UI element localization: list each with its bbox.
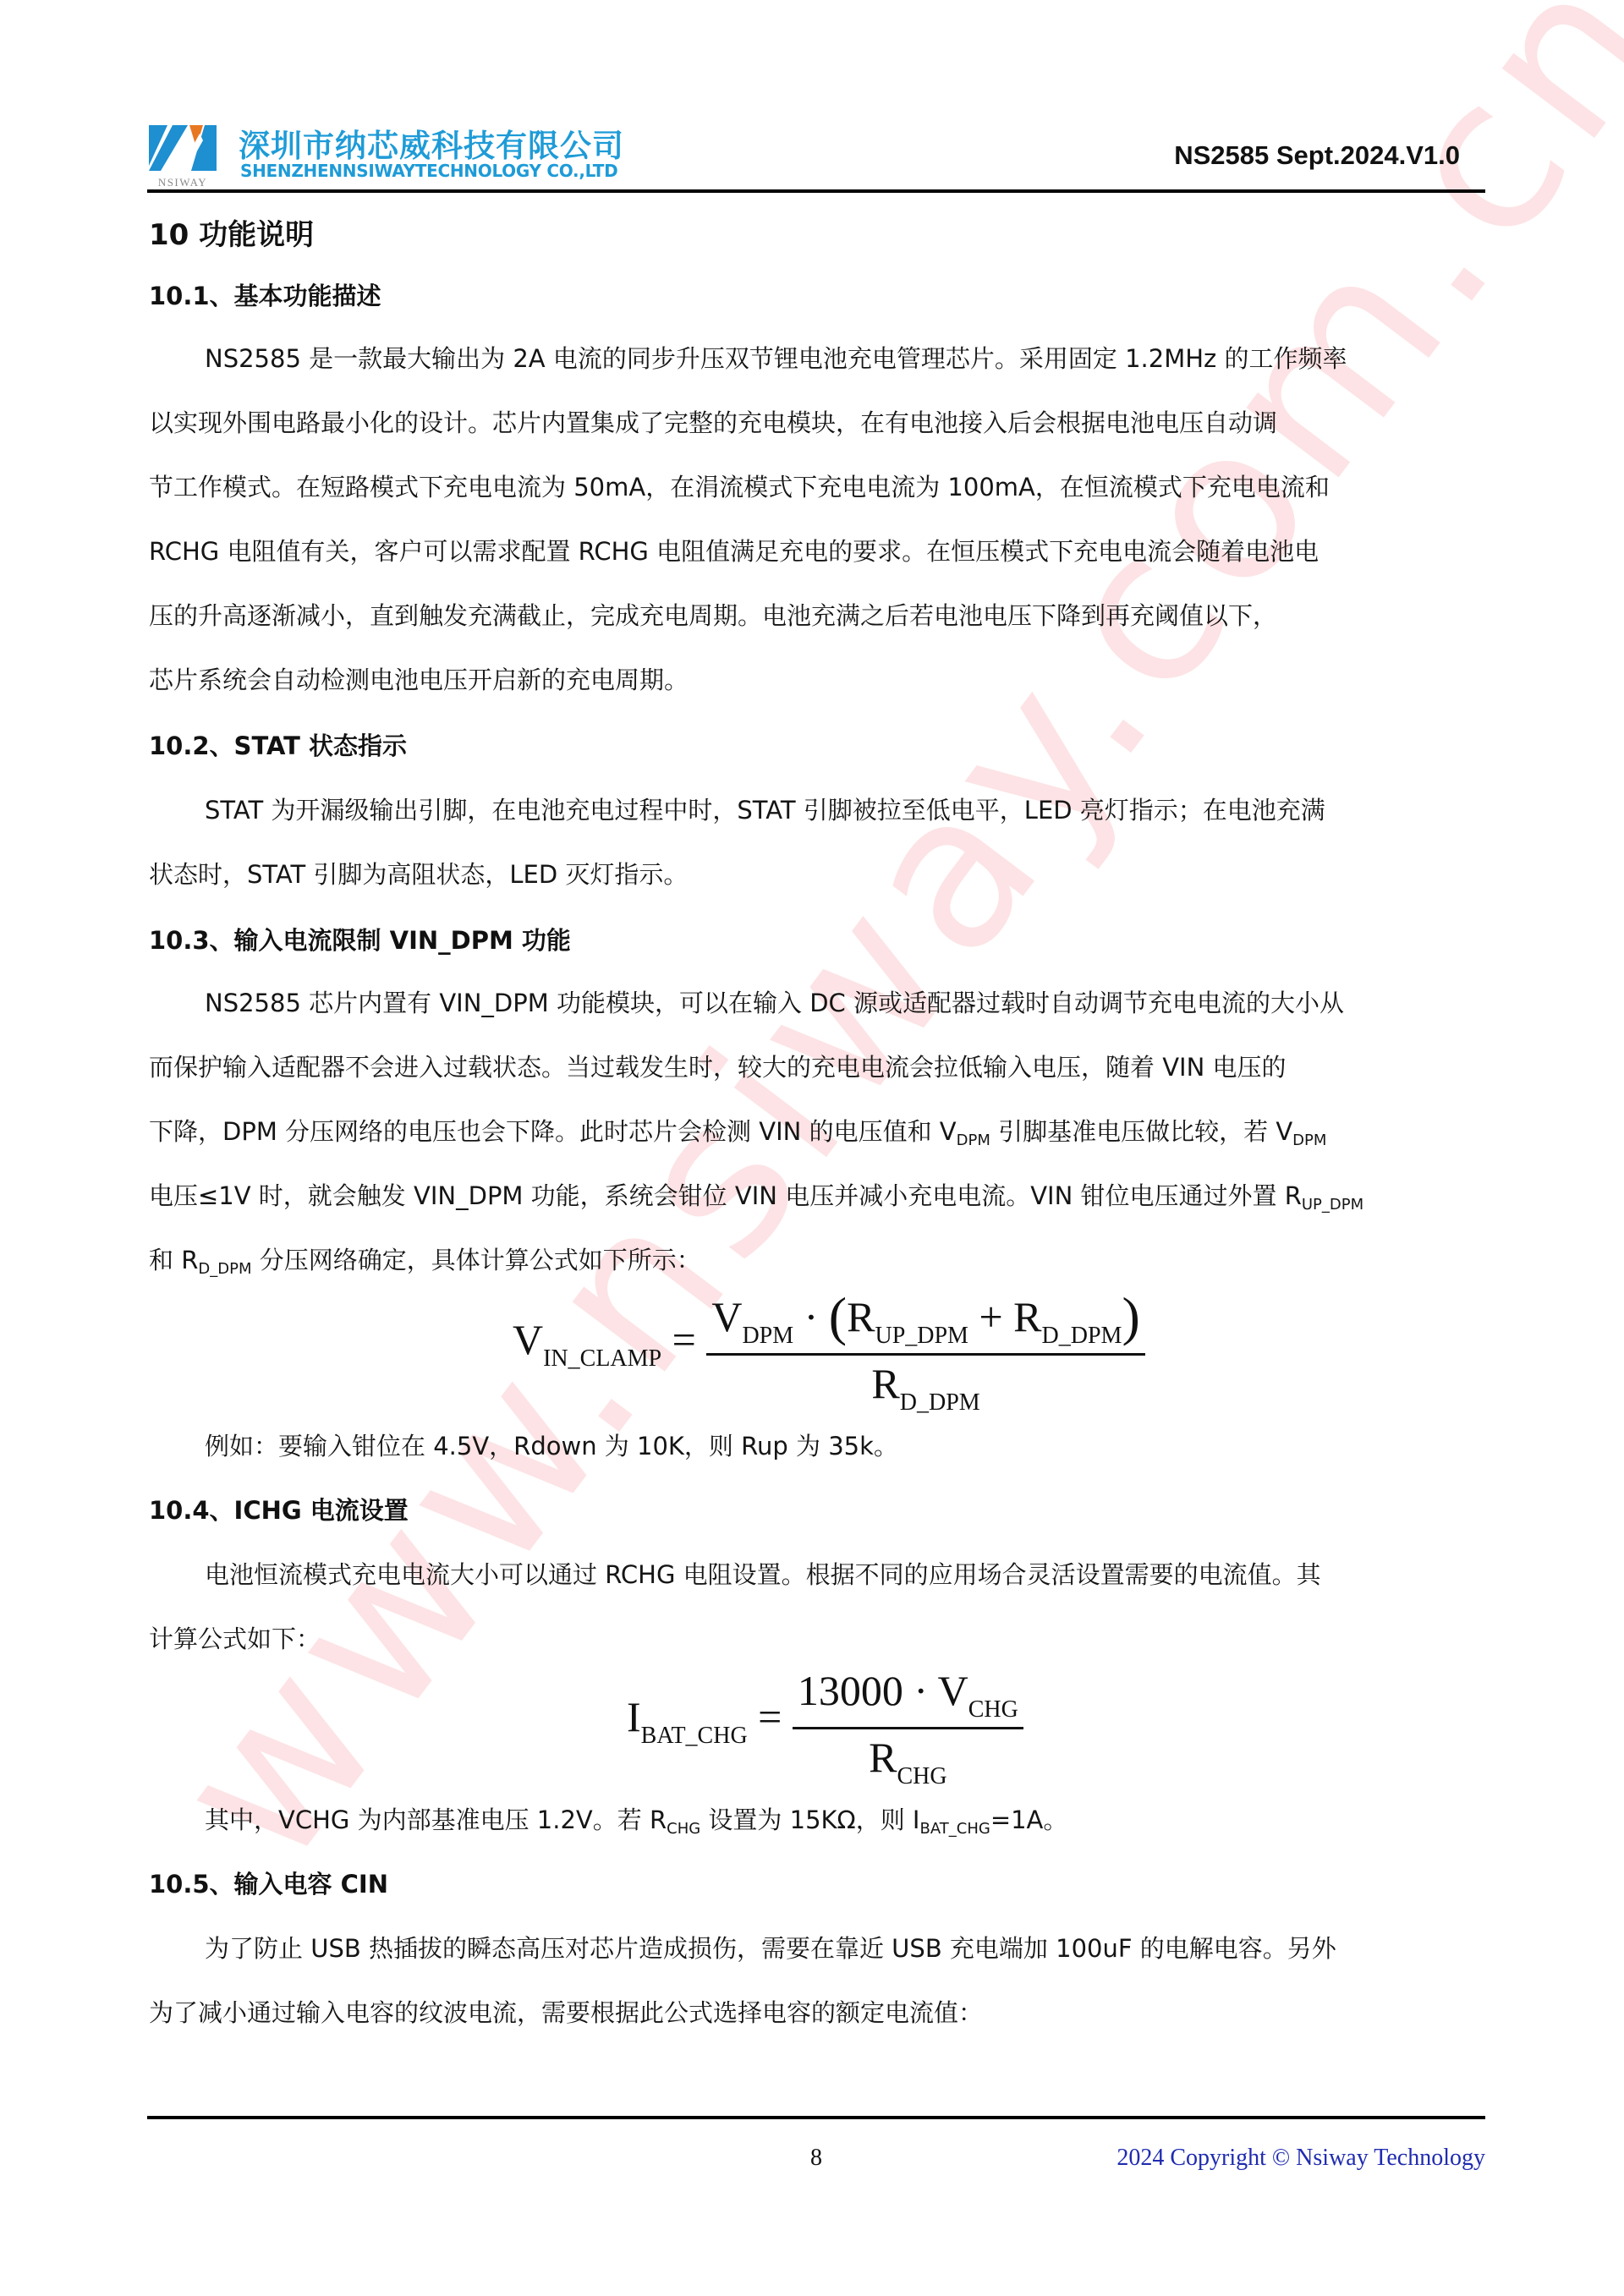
paragraph-line: 压的升高逐渐减小，直到触发充满截止，完成充电周期。电池充满之后若电池电压下降到再… <box>149 597 1277 632</box>
paragraph-line: 为了减小通过输入电容的纹波电流，需要根据此公式选择电容的额定电流值： <box>149 1994 983 2029</box>
paragraph-line: 电压≤1V 时，就会触发 VIN_DPM 功能，系统会钳位 VIN 电压并减小充… <box>149 1177 1363 1214</box>
example-line: 例如：要输入钳位在 4.5V，Rdown 为 10K，则 Rup 为 35k。 <box>205 1427 898 1462</box>
copyright-text: 2024 Copyright © Nsiway Technology <box>1116 2145 1485 2172</box>
subsection-title-10-2: 10.2、STAT 状态指示 <box>149 727 407 762</box>
paragraph-line: 状态时，STAT 引脚为高阻状态，LED 灭灯指示。 <box>149 856 688 890</box>
paragraph-line: 下降，DPM 分压网络的电压也会下降。此时芯片会检测 VIN 的电压值和 VDP… <box>149 1113 1326 1149</box>
datasheet-page: www.nsiway.com.cn NSIWAY 深圳市纳芯威科技有限公司 SH… <box>0 0 1624 2296</box>
formula-vin-clamp: VIN_CLAMP = VDPM · (RUP_DPM + RD_DPM) RD… <box>513 1285 1145 1417</box>
subsection-title-10-5: 10.5、输入电容 CIN <box>149 1866 388 1900</box>
formula-ibat-chg: IBAT_CHG = 13000 · VCHG RCHG <box>627 1666 1023 1790</box>
header-divider <box>147 189 1485 193</box>
paragraph-line: 和 RD_DPM 分压网络确定，具体计算公式如下所示： <box>149 1241 701 1278</box>
company-name-en: SHENZHENNSIWAYTECHNOLOGY CO.,LTD <box>240 161 617 181</box>
nsiway-logo-icon: NSIWAY <box>149 122 217 189</box>
subsection-title-10-4: 10.4、ICHG 电流设置 <box>149 1492 409 1526</box>
subsection-title-10-1: 10.1、基本功能描述 <box>149 277 381 312</box>
paragraph-line: 为了防止 USB 热插拔的瞬态高压对芯片造成损伤，需要在靠近 USB 充电端加 … <box>205 1930 1336 1964</box>
paragraph-line: 计算公式如下： <box>149 1620 321 1655</box>
paragraph-line: RCHG 电阻值有关，客户可以需求配置 RCHG 电阻值满足充电的要求。在恒压模… <box>149 533 1319 567</box>
paragraph-line: 芯片系统会自动检测电池电压开启新的充电周期。 <box>149 661 689 696</box>
note-line: 其中，VCHG 为内部基准电压 1.2V。若 RCHG 设置为 15KΩ，则 I… <box>205 1801 1067 1838</box>
page-number: 8 <box>810 2145 822 2172</box>
company-name-cn: 深圳市纳芯威科技有限公司 <box>239 120 624 166</box>
subsection-title-10-3: 10.3、输入电流限制 VIN_DPM 功能 <box>149 922 571 956</box>
paragraph-line: 以实现外围电路最小化的设计。芯片内置集成了完整的充电模块，在有电池接入后会根据电… <box>149 404 1277 439</box>
svg-text:NSIWAY: NSIWAY <box>158 176 207 189</box>
paragraph-line: NS2585 芯片内置有 VIN_DPM 功能模块，可以在输入 DC 源或适配器… <box>205 984 1344 1019</box>
paragraph-line: NS2585 是一款最大输出为 2A 电流的同步升压双节锂电池充电管理芯片。采用… <box>205 340 1347 375</box>
paragraph-line: 节工作模式。在短路模式下充电电流为 50mA，在涓流模式下充电电流为 100mA… <box>149 469 1330 503</box>
page-header: NSIWAY 深圳市纳芯威科技有限公司 SHENZHENNSIWAYTECHNO… <box>149 118 1485 195</box>
section-title: 10 功能说明 <box>149 211 314 253</box>
footer-divider <box>147 2116 1485 2119</box>
paragraph-line: 而保护输入适配器不会进入过载状态。当过载发生时，较大的充电电流会拉低输入电压，随… <box>149 1049 1287 1083</box>
paragraph-line: STAT 为开漏级输出引脚，在电池充电过程中时，STAT 引脚被拉至低电平，LE… <box>205 792 1325 826</box>
paragraph-line: 电池恒流模式充电电流大小可以通过 RCHG 电阻设置。根据不同的应用场合灵活设置… <box>205 1556 1321 1591</box>
document-id: NS2585 Sept.2024.V1.0 <box>1174 140 1460 171</box>
